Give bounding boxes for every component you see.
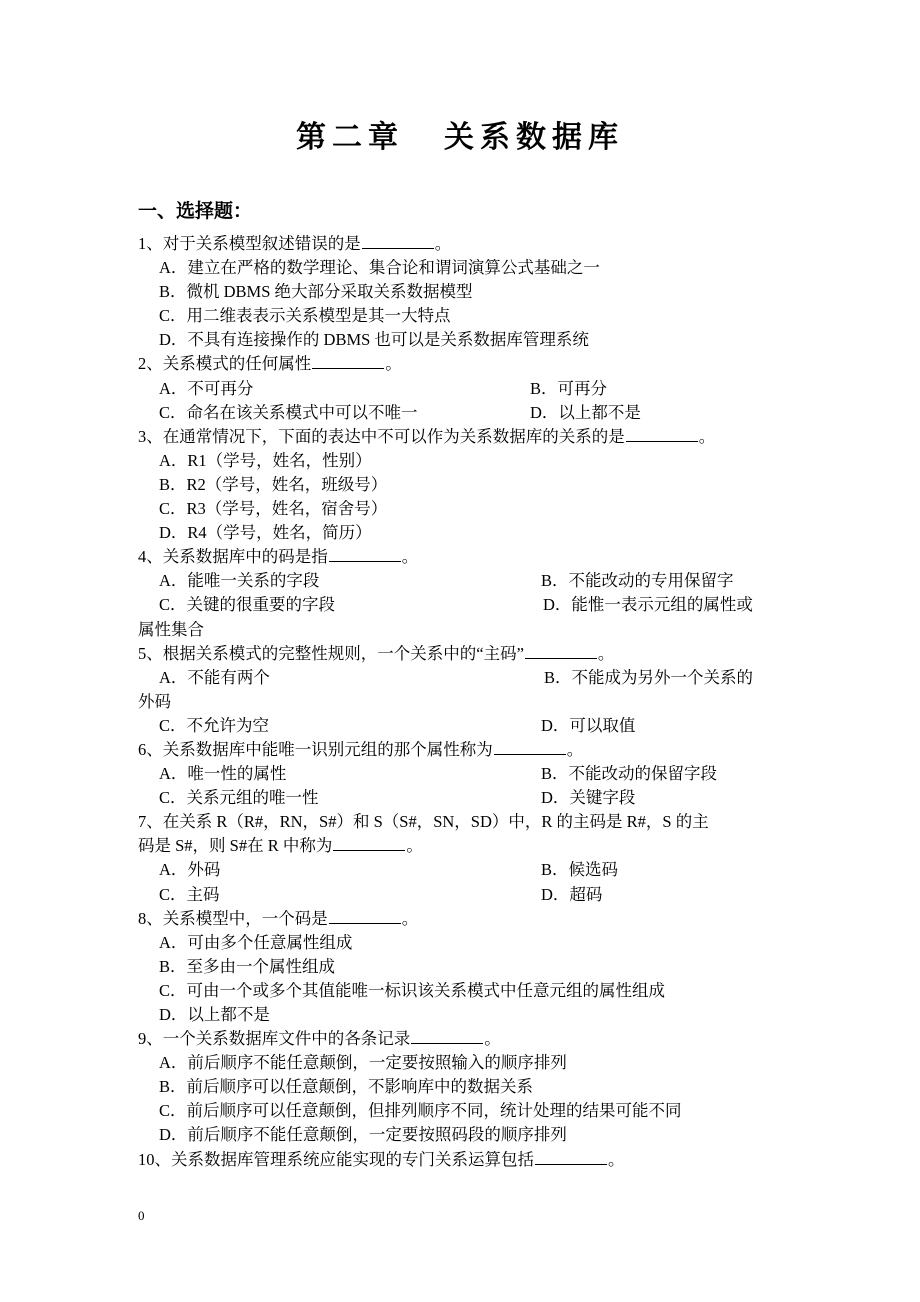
option-line: A．不能有两个B．不能成为另外一个关系的 xyxy=(138,666,788,690)
option-line: A．唯一性的属性B．不能改动的保留字段 xyxy=(138,762,788,786)
option-text: B．不能成为另外一个关系的 xyxy=(544,666,753,690)
answer-blank xyxy=(411,1027,483,1044)
answer-blank xyxy=(329,545,401,562)
option-line: D．不具有连接操作的 DBMS 也可以是关系数据库管理系统 xyxy=(138,328,788,352)
question-text: 2、关系模式的任何属性 xyxy=(138,354,311,373)
continuation-line: 外码 xyxy=(138,690,788,714)
option-line: A．前后顺序不能任意颠倒，一定要按照输入的顺序排列 xyxy=(138,1051,788,1075)
option-text: C．不允许为空 xyxy=(159,716,269,735)
option-line: C．关系元组的唯一性D．关键字段 xyxy=(138,786,788,810)
question-line: 7、在关系 R（R#，RN，S#）和 S（S#，SN，SD）中，R 的主码是 R… xyxy=(138,810,788,834)
option-line: C．命名在该关系模式中可以不唯一D．以上都不是 xyxy=(138,401,788,425)
option-text: B．微机 DBMS 绝大部分采取关系数据模型 xyxy=(159,282,473,301)
question-line: 10、关系数据库管理系统应能实现的专门关系运算包括。 xyxy=(138,1148,788,1172)
answer-blank xyxy=(329,907,401,924)
chapter-number: 第二章 xyxy=(296,120,404,155)
option-line: A．R1（学号，姓名，性别） xyxy=(138,449,788,473)
period: 。 xyxy=(385,354,402,373)
period: 。 xyxy=(598,644,615,663)
question-text: 8、关系模型中，一个码是 xyxy=(138,909,328,928)
option-text: C．关键的很重要的字段 xyxy=(159,595,335,614)
question-text: 3、在通常情况下，下面的表达中不可以作为关系数据库的关系的是 xyxy=(138,427,625,446)
option-text: C．关系元组的唯一性 xyxy=(159,788,319,807)
option-line: C．R3（学号，姓名，宿舍号） xyxy=(138,497,788,521)
period: 。 xyxy=(402,547,419,566)
option-text: 属性集合 xyxy=(138,620,204,639)
option-text: 外码 xyxy=(138,692,171,711)
option-line: C．用二维表表示关系模型是其一大特点 xyxy=(138,304,788,328)
question-text: 7、在关系 R（R#，RN，S#）和 S（S#，SN，SD）中，R 的主码是 R… xyxy=(138,812,709,831)
option-text: B．可再分 xyxy=(530,377,607,401)
option-line: C．主码D．超码 xyxy=(138,883,788,907)
question-line: 9、一个关系数据库文件中的各条记录。 xyxy=(138,1027,788,1051)
period: 。 xyxy=(699,427,716,446)
option-line: A．外码B．候选码 xyxy=(138,858,788,882)
option-line: B．至多由一个属性组成 xyxy=(138,955,788,979)
option-line: A．建立在严格的数学理论、集合论和谓词演算公式基础之一 xyxy=(138,256,788,280)
option-text: C．前后顺序可以任意颠倒，但排列顺序不同，统计处理的结果可能不同 xyxy=(159,1101,682,1120)
section-heading: 一、选择题： xyxy=(138,196,252,223)
option-line: D．R4（学号，姓名，简历） xyxy=(138,521,788,545)
option-text: B．至多由一个属性组成 xyxy=(159,957,335,976)
period: 。 xyxy=(402,909,419,928)
chapter-name: 关系数据库 xyxy=(444,120,624,155)
option-text: D．前后顺序不能任意颠倒，一定要按照码段的顺序排列 xyxy=(159,1125,567,1144)
option-text: D．以上都不是 xyxy=(530,401,641,425)
question-text: 9、一个关系数据库文件中的各条记录 xyxy=(138,1029,410,1048)
question-text: 1、对于关系模型叙述错误的是 xyxy=(138,234,361,253)
chapter-title: 第二章关系数据库 xyxy=(0,112,920,156)
option-text: B．不能改动的保留字段 xyxy=(541,762,717,786)
option-text: C．可由一个或多个其值能唯一标识该关系模式中任意元组的属性组成 xyxy=(159,981,665,1000)
answer-blank xyxy=(494,738,566,755)
option-text: B．R2（学号，姓名，班级号） xyxy=(159,475,387,494)
option-text: A．前后顺序不能任意颠倒，一定要按照输入的顺序排列 xyxy=(159,1053,567,1072)
option-text: D．以上都不是 xyxy=(159,1005,270,1024)
option-text: A．能唯一关系的字段 xyxy=(159,571,319,590)
option-line: C．前后顺序可以任意颠倒，但排列顺序不同，统计处理的结果可能不同 xyxy=(138,1099,788,1123)
option-text: B．候选码 xyxy=(541,858,618,882)
option-text: C．主码 xyxy=(159,885,220,904)
option-line: D．前后顺序不能任意颠倒，一定要按照码段的顺序排列 xyxy=(138,1123,788,1147)
option-text: D．超码 xyxy=(541,883,602,907)
answer-blank xyxy=(333,834,405,851)
question-text: 6、关系数据库中能唯一识别元组的那个属性称为 xyxy=(138,740,493,759)
answer-blank xyxy=(535,1148,607,1165)
option-line: A．可由多个任意属性组成 xyxy=(138,931,788,955)
option-text: D．能惟一表示元组的属性或 xyxy=(543,593,753,617)
question-text: 4、关系数据库中的码是指 xyxy=(138,547,328,566)
option-text: A．可由多个任意属性组成 xyxy=(159,933,352,952)
option-text: A．外码 xyxy=(159,860,220,879)
question-line: 4、关系数据库中的码是指。 xyxy=(138,545,788,569)
option-text: C．命名在该关系模式中可以不唯一 xyxy=(159,403,418,422)
option-text: A．R1（学号，姓名，性别） xyxy=(159,451,372,470)
answer-blank xyxy=(626,425,698,442)
option-text: D．可以取值 xyxy=(541,714,635,738)
option-line: B．微机 DBMS 绝大部分采取关系数据模型 xyxy=(138,280,788,304)
option-text: B．前后顺序可以任意颠倒，不影响库中的数据关系 xyxy=(159,1077,533,1096)
option-line: C．不允许为空D．可以取值 xyxy=(138,714,788,738)
document-page: 第二章关系数据库 一、选择题： 1、对于关系模型叙述错误的是。A．建立在严格的数… xyxy=(0,0,920,1302)
option-line: A．不可再分B．可再分 xyxy=(138,377,788,401)
question-line: 8、关系模型中，一个码是。 xyxy=(138,907,788,931)
option-text: C．R3（学号，姓名，宿舍号） xyxy=(159,499,387,518)
period: 。 xyxy=(608,1150,625,1169)
answer-blank xyxy=(525,642,597,659)
option-line: C．可由一个或多个其值能唯一标识该关系模式中任意元组的属性组成 xyxy=(138,979,788,1003)
question-line: 1、对于关系模型叙述错误的是。 xyxy=(138,232,788,256)
option-text: B．不能改动的专用保留字 xyxy=(541,569,734,593)
option-text: D．不具有连接操作的 DBMS 也可以是关系数据库管理系统 xyxy=(159,330,589,349)
option-line: B．前后顺序可以任意颠倒，不影响库中的数据关系 xyxy=(138,1075,788,1099)
period: 。 xyxy=(567,740,584,759)
option-line: D．以上都不是 xyxy=(138,1003,788,1027)
question-text: 10、关系数据库管理系统应能实现的专门关系运算包括 xyxy=(138,1150,534,1169)
option-text: A．不可再分 xyxy=(159,379,253,398)
continuation-line: 属性集合 xyxy=(138,618,788,642)
page-number: 0 xyxy=(138,1208,145,1224)
option-line: A．能唯一关系的字段B．不能改动的专用保留字 xyxy=(138,569,788,593)
option-text: D．R4（学号，姓名，简历） xyxy=(159,523,372,542)
period: 。 xyxy=(484,1029,501,1048)
question-list: 1、对于关系模型叙述错误的是。A．建立在严格的数学理论、集合论和谓词演算公式基础… xyxy=(138,232,788,1172)
answer-blank xyxy=(312,352,384,369)
continuation-line: 码是 S#，则 S#在 R 中称为。 xyxy=(138,834,788,858)
question-line: 5、根据关系模式的完整性规则，一个关系中的“主码”。 xyxy=(138,642,788,666)
option-text: A．建立在严格的数学理论、集合论和谓词演算公式基础之一 xyxy=(159,258,600,277)
answer-blank xyxy=(362,232,434,249)
option-text: C．用二维表表示关系模型是其一大特点 xyxy=(159,306,451,325)
question-line: 6、关系数据库中能唯一识别元组的那个属性称为。 xyxy=(138,738,788,762)
option-text: D．关键字段 xyxy=(541,786,635,810)
question-line: 2、关系模式的任何属性。 xyxy=(138,352,788,376)
period: 。 xyxy=(435,234,452,253)
period: 。 xyxy=(406,836,423,855)
question-text: 5、根据关系模式的完整性规则，一个关系中的“主码” xyxy=(138,644,524,663)
option-text: A．不能有两个 xyxy=(159,668,270,687)
option-text: 码是 S#，则 S#在 R 中称为 xyxy=(138,836,332,855)
option-text: A．唯一性的属性 xyxy=(159,764,286,783)
option-line: B．R2（学号，姓名，班级号） xyxy=(138,473,788,497)
option-line: C．关键的很重要的字段D．能惟一表示元组的属性或 xyxy=(138,593,788,617)
question-line: 3、在通常情况下，下面的表达中不可以作为关系数据库的关系的是。 xyxy=(138,425,788,449)
